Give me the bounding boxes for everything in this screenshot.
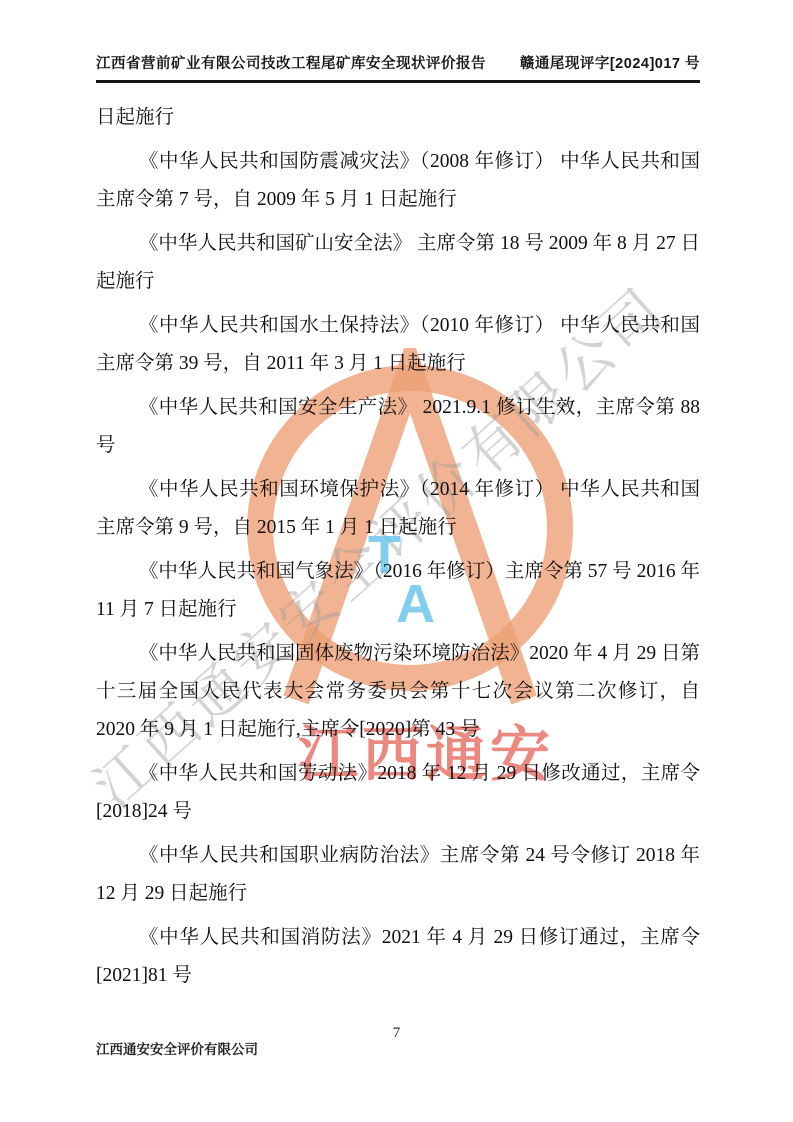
law-paragraph: 《中华人民共和国气象法》（2016 年修订）主席令第 57 号 2016 年 1… — [96, 553, 700, 629]
footer-company-name: 江西通安安全评价有限公司 — [96, 1038, 258, 1058]
law-paragraph: 《中华人民共和国环境保护法》（2014 年修订） 中华人民共和国主席令第 9 号… — [96, 471, 700, 547]
law-paragraph: 《中华人民共和国防震减灾法》（2008 年修订） 中华人民共和国主席令第 7 号… — [96, 143, 700, 219]
law-paragraph: 《中华人民共和国消防法》2021 年 4 月 29 日修订通过，主席令[2021… — [96, 919, 700, 995]
document-number: 赣通尾现评字[2024]017 号 — [520, 52, 700, 73]
law-paragraph: 《中华人民共和国矿山安全法》 主席令第 18 号 2009 年 8 月 27 日… — [96, 225, 700, 301]
page-header: 江西省营前矿业有限公司技改工程尾矿库安全现状评价报告 赣通尾现评字[2024]0… — [96, 52, 700, 83]
law-paragraph: 《中华人民共和国固体废物污染环境防治法》2020 年 4 月 29 日第十三届全… — [96, 635, 700, 749]
legal-references-list: 日起施行《中华人民共和国防震减灾法》（2008 年修订） 中华人民共和国主席令第… — [96, 99, 700, 1001]
law-paragraph: 《中华人民共和国安全生产法》 2021.9.1 修订生效，主席令第 88 号 — [96, 389, 700, 465]
document-page: 江西通安安全评价有限公司 T A 江西通安 江西省营前矿业有限公司技改工程尾矿库… — [0, 0, 793, 1122]
law-paragraph: 《中华人民共和国职业病防治法》主席令第 24 号令修订 2018 年 12 月 … — [96, 837, 700, 913]
law-paragraph: 日起施行 — [96, 99, 700, 137]
law-paragraph: 《中华人民共和国劳动法》2018 年 12 月 29 日修改通过，主席令[201… — [96, 755, 700, 831]
law-paragraph: 《中华人民共和国水土保持法》（2010 年修订） 中华人民共和国主席令第 39 … — [96, 307, 700, 383]
report-title: 江西省营前矿业有限公司技改工程尾矿库安全现状评价报告 — [96, 52, 486, 73]
